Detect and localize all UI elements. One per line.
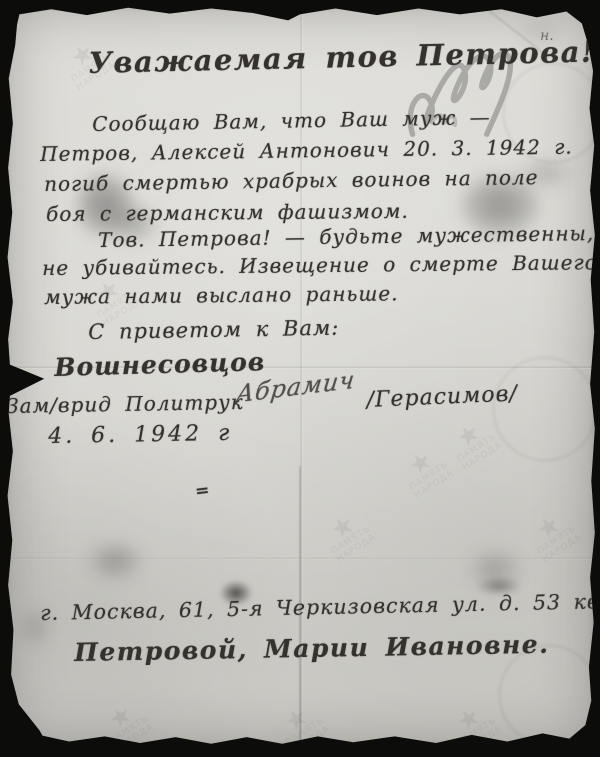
- body-line: мужа нами выслано раньше.: [44, 281, 399, 309]
- body-line: Петров, Алексей Антонович 20. 3. 1942 г.: [40, 135, 573, 166]
- address-recipient-line: Петровой, Марии Ивановне.: [74, 630, 550, 667]
- watermark-star: ★ПАМЯТЬНАРОДА: [397, 443, 456, 501]
- star-icon: ★: [445, 415, 493, 456]
- embossed-stamp-ring: [492, 356, 598, 462]
- star-icon: ★: [273, 699, 321, 740]
- body-line: боя с германским фашизмом.: [46, 199, 409, 226]
- watermark-star: ★ПАМЯТЬНАРОДА: [273, 699, 332, 757]
- signature-title: Зам/врид Политрук: [6, 390, 244, 418]
- star-icon: ★: [319, 507, 367, 548]
- horizontal-fold-crease-lower: [4, 557, 596, 560]
- stain-bottom-left: [74, 532, 156, 590]
- body-line: погиб смертью храбрых воинов на поле: [44, 165, 539, 196]
- date-line: 4. 6. 1942 г: [48, 421, 232, 449]
- star-icon: ★: [97, 697, 145, 738]
- address-line: г. Москва, 61, 5-я Черкизовская ул. д. 5…: [40, 588, 600, 625]
- watermark-star: ★ПАМЯТЬНАРОДА: [97, 697, 156, 755]
- watermark-star: ★ПАМЯТЬНАРОДА: [525, 507, 584, 565]
- center-ink-mark: =: [194, 480, 212, 502]
- watermark-star: ★ПАМЯТЬНАРОДА: [319, 507, 378, 565]
- star-icon: ★: [397, 443, 445, 484]
- star-icon: ★: [445, 699, 493, 740]
- signature-name: Вошнесовцов: [54, 347, 266, 382]
- scanned-photo: ★ПАМЯТЬНАРОДА ★ПАМЯТЬНАРОДА ★ПАМЯТЬНАРОД…: [0, 0, 600, 757]
- body-line: Тов. Петрова! — будьте мужественны,: [98, 221, 594, 252]
- watermark-star: ★ПАМЯТЬНАРОДА: [445, 699, 504, 757]
- closing-line: С приветом к Вам:: [88, 316, 340, 344]
- letter-paper: ★ПАМЯТЬНАРОДА ★ПАМЯТЬНАРОДА ★ПАМЯТЬНАРОД…: [4, 4, 596, 749]
- star-icon: ★: [525, 507, 573, 548]
- stain-bottom-right: [456, 540, 534, 598]
- body-line: не убивайтесь. Извещение о смерте Вашего: [42, 250, 598, 280]
